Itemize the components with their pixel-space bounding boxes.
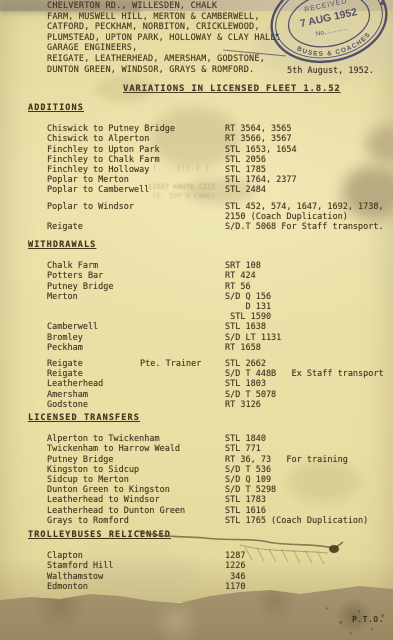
garage-label: Godstone bbox=[47, 400, 225, 410]
garage-label: Walthamstow bbox=[47, 572, 225, 582]
garage-label: Grays to Romford bbox=[47, 516, 225, 526]
garage-label: Reigate bbox=[47, 222, 225, 232]
section: LICENSED TRANSFERSAlperton to Twickenham… bbox=[28, 413, 389, 532]
row-note: Pte. Trainer bbox=[140, 359, 225, 369]
fleet-row: GodstoneRT 3126 bbox=[28, 400, 389, 410]
fleet-numbers: STL 452, 574, 1647, 1692, 1738,2150 (Coa… bbox=[225, 202, 384, 222]
garage-label: Sidcup to Merton bbox=[47, 475, 225, 485]
fleet-number-line: STL 2056 bbox=[225, 155, 266, 165]
fleet-row: Sidcup to MertonS/D Q 109 bbox=[28, 475, 389, 485]
fleet-number-line: STL 1764, 2377 bbox=[225, 175, 297, 185]
fleet-number-line: STL 1840 bbox=[225, 434, 266, 444]
fleet-number-line: RT 424 bbox=[225, 271, 256, 281]
garage-label: Stamford Hill bbox=[47, 561, 225, 571]
fleet-row: BromleyS/D LT 1131 bbox=[28, 333, 389, 343]
fleet-number-line: STL 1783 bbox=[225, 495, 266, 505]
fleet-number-line: S/D T 536 bbox=[225, 465, 271, 475]
fleet-numbers: S/D T 448B Ex Staff transport bbox=[225, 369, 384, 379]
fleet-numbers: RT 3566, 3567 bbox=[225, 134, 292, 144]
fleet-row: Walthamstow 346 bbox=[28, 572, 389, 582]
fleet-numbers: RT 3564, 3565 bbox=[225, 124, 292, 134]
stamp-ring-text: BUSES & COACHES bbox=[294, 30, 375, 64]
fleet-numbers: S/D.T 5068 For Staff transport. bbox=[225, 222, 384, 232]
fleet-numbers: 1287 bbox=[225, 551, 245, 561]
fleet-row: Putney BridgeRT 36, 73 For training bbox=[28, 455, 389, 465]
garage-label: Peckham bbox=[47, 343, 225, 353]
fleet-numbers: STL 2056 bbox=[225, 155, 266, 165]
fleet-number-line: 346 bbox=[225, 572, 245, 582]
fleet-row: Kingston to SidcupS/D T 536 bbox=[28, 465, 389, 475]
fleet-number-line: S/D T 448B Ex Staff transport bbox=[225, 369, 384, 379]
garage-label: Twickenham to Harrow Weald bbox=[47, 444, 225, 454]
row-group: Poplar to WindsorSTL 452, 574, 1647, 169… bbox=[28, 202, 389, 233]
section-heading: TROLLEYBUSES RELICENSED bbox=[28, 530, 389, 540]
fleet-numbers: STL 2662 bbox=[225, 359, 266, 369]
fleet-row: LeatherheadSTL 1803 bbox=[28, 379, 389, 389]
fleet-row: ReigateS/D T 448B Ex Staff transport bbox=[28, 369, 389, 379]
fleet-number-line: STL 1785 bbox=[225, 165, 266, 175]
fleet-numbers: S/D Q 156 D 131 STL 1590 bbox=[225, 292, 271, 323]
fleet-number-line: S/D Q 109 bbox=[225, 475, 271, 485]
fleet-row: Leatherhead to Dunton GreenSTL 1616 bbox=[28, 506, 389, 516]
fleet-number-line: 1226 bbox=[225, 561, 245, 571]
fleet-numbers: RT 36, 73 For training bbox=[225, 455, 348, 465]
fleet-number-line: S/D T 5298 bbox=[225, 485, 276, 495]
fleet-numbers: RT 1658 bbox=[225, 343, 261, 353]
fleet-number-line: STL 2662 bbox=[225, 359, 266, 369]
fleet-row: Finchley to Chalk FarmSTL 2056 bbox=[28, 155, 389, 165]
fleet-number-line: D 131 bbox=[225, 302, 271, 312]
garage-label: Finchley to Chalk Farm bbox=[47, 155, 225, 165]
garage-label: Putney Bridge bbox=[47, 455, 225, 465]
garage-label: Finchley to Holloway bbox=[47, 165, 225, 175]
fleet-number-line: STL 1803 bbox=[225, 379, 266, 389]
pto-note: P.T.O. bbox=[352, 615, 384, 624]
garage-label: Finchley to Upton Park bbox=[47, 145, 225, 155]
fleet-numbers: STL 1840 bbox=[225, 434, 266, 444]
garage-label: Leatherhead bbox=[47, 379, 225, 389]
garage-label: Camberwell bbox=[47, 322, 225, 332]
garage-label: Reigate bbox=[47, 369, 225, 379]
stamp-star-left-icon: ★ bbox=[273, 31, 281, 40]
scanned-memo-page: CHELVERTON RD., WILLESDEN, CHALKFARM, MU… bbox=[0, 0, 393, 640]
garage-label: Poplar to Windsor bbox=[47, 202, 225, 222]
fleet-numbers: 1226 bbox=[225, 561, 245, 571]
fleet-numbers: S/D T 5078 bbox=[225, 390, 276, 400]
fleet-row: Stamford Hill1226 bbox=[28, 561, 389, 571]
fleet-row: Finchley to Upton ParkSTL 1653, 1654 bbox=[28, 145, 389, 155]
fleet-row: Edmonton1170 bbox=[28, 582, 389, 592]
fleet-number-line: S/D.T 5068 For Staff transport. bbox=[225, 222, 384, 232]
fleet-numbers: STL 1785 bbox=[225, 165, 266, 175]
fleet-numbers: RT 56 bbox=[225, 282, 251, 292]
garage-label: Clapton bbox=[47, 551, 225, 561]
section-heading: ADDITIONS bbox=[28, 103, 389, 113]
garage-label: Chiswick to Alperton bbox=[47, 134, 225, 144]
fleet-numbers: STL 771 bbox=[225, 444, 261, 454]
fleet-number-line: STL 2484 bbox=[225, 185, 266, 195]
fleet-number-line: SRT 108 bbox=[225, 261, 261, 271]
garage-label: Poplar to Camberwell bbox=[47, 185, 225, 195]
received-stamp: RECEIVED 7 AUG 1952 No............. BUSE… bbox=[263, 0, 393, 78]
fleet-numbers: SRT 108 bbox=[225, 261, 261, 271]
fleet-row: Chiswick to Putney BridgeRT 3564, 3565 bbox=[28, 124, 389, 134]
fleet-row: Potters BarRT 424 bbox=[28, 271, 389, 281]
fleet-number-line: S/D Q 156 bbox=[225, 292, 271, 302]
garage-label: Alperton to Twickenham bbox=[47, 434, 225, 444]
fleet-number-line: RT 36, 73 For training bbox=[225, 455, 348, 465]
fleet-row: Chiswick to AlpertonRT 3566, 3567 bbox=[28, 134, 389, 144]
fleet-row: Finchley to HollowaySTL 1785 bbox=[28, 165, 389, 175]
fleet-number-line: S/D LT 1131 bbox=[225, 333, 281, 343]
garage-label: Leatherhead to Dunton Green bbox=[47, 506, 225, 516]
fleet-number-line: STL 452, 574, 1647, 1692, 1738, bbox=[225, 202, 384, 212]
fleet-row: CamberwellSTL 1638 bbox=[28, 322, 389, 332]
garage-label: Kingston to Sidcup bbox=[47, 465, 225, 475]
fleet-numbers: RT 3126 bbox=[225, 400, 261, 410]
fleet-numbers: STL 1803 bbox=[225, 379, 266, 389]
fleet-numbers: S/D T 536 bbox=[225, 465, 271, 475]
fleet-row: Putney BridgeRT 56 bbox=[28, 282, 389, 292]
row-group: Clapton1287Stamford Hill1226Walthamstow … bbox=[28, 551, 389, 592]
fleet-row: Poplar to WindsorSTL 452, 574, 1647, 169… bbox=[28, 202, 389, 222]
garage-label: Chalk Farm bbox=[47, 261, 225, 271]
fleet-number-line: RT 56 bbox=[225, 282, 251, 292]
fleet-row: AmershamS/D T 5078 bbox=[28, 390, 389, 400]
garage-label: Putney Bridge bbox=[47, 282, 225, 292]
fleet-row: Poplar to MertonSTL 1764, 2377 bbox=[28, 175, 389, 185]
fleet-numbers: 1170 bbox=[225, 582, 245, 592]
garage-label: Poplar to Merton bbox=[47, 175, 225, 185]
fleet-row: Grays to RomfordSTL 1765 (Coach Duplicat… bbox=[28, 516, 389, 526]
row-group: ReigatePte. TrainerSTL 2662ReigateS/D T … bbox=[28, 359, 389, 410]
section: WITHDRAWALSChalk FarmSRT 108Potters BarR… bbox=[28, 240, 389, 416]
fleet-numbers: STL 1764, 2377 bbox=[225, 175, 297, 185]
fleet-number-line: STL 1765 (Coach Duplication) bbox=[225, 516, 368, 526]
fleet-number-line: STL 1616 bbox=[225, 506, 266, 516]
sections: ADDITIONSChiswick to Putney BridgeRT 356… bbox=[28, 0, 389, 640]
garage-label: Edmonton bbox=[47, 582, 225, 592]
fleet-numbers: STL 1638 bbox=[225, 322, 266, 332]
fleet-row: MertonS/D Q 156 D 131 STL 1590 bbox=[28, 292, 389, 323]
fleet-row: ReigatePte. TrainerSTL 2662 bbox=[28, 359, 389, 369]
garage-label: Leatherhead to Windsor bbox=[47, 495, 225, 505]
fleet-number-line: STL 771 bbox=[225, 444, 261, 454]
fleet-number-line: RT 3126 bbox=[225, 400, 261, 410]
section: ADDITIONSChiswick to Putney BridgeRT 356… bbox=[28, 103, 389, 238]
garage-label: Bromley bbox=[47, 333, 225, 343]
garage-label: Reigate bbox=[47, 359, 140, 369]
fleet-number-line: S/D T 5078 bbox=[225, 390, 276, 400]
fleet-row: Alperton to TwickenhamSTL 1840 bbox=[28, 434, 389, 444]
fleet-row: PeckhamRT 1658 bbox=[28, 343, 389, 353]
garage-label: Dunton Green to Kingston bbox=[47, 485, 225, 495]
row-group: Chalk FarmSRT 108Potters BarRT 424Putney… bbox=[28, 261, 389, 353]
fleet-number-line: 2150 (Coach Duplication) bbox=[225, 212, 384, 222]
fleet-number-line: 1287 bbox=[225, 551, 245, 561]
stamp-number-line: No............. bbox=[315, 24, 348, 37]
section: TROLLEYBUSES RELICENSEDClapton1287Stamfo… bbox=[28, 530, 389, 598]
fleet-numbers: STL 1783 bbox=[225, 495, 266, 505]
garage-label: Potters Bar bbox=[47, 271, 225, 281]
fleet-row: Twickenham to Harrow WealdSTL 771 bbox=[28, 444, 389, 454]
row-group: Alperton to TwickenhamSTL 1840Twickenham… bbox=[28, 434, 389, 526]
section-heading: WITHDRAWALS bbox=[28, 240, 389, 250]
garage-label: Chiswick to Putney Bridge bbox=[47, 124, 225, 134]
fleet-row: ReigateS/D.T 5068 For Staff transport. bbox=[28, 222, 389, 232]
garage-label: Amersham bbox=[47, 390, 225, 400]
fleet-numbers: S/D T 5298 bbox=[225, 485, 276, 495]
fleet-numbers: S/D Q 109 bbox=[225, 475, 271, 485]
fleet-numbers: STL 1765 (Coach Duplication) bbox=[225, 516, 368, 526]
fleet-number-line: 1170 bbox=[225, 582, 245, 592]
fleet-row: Chalk FarmSRT 108 bbox=[28, 261, 389, 271]
fleet-number-line: RT 1658 bbox=[225, 343, 261, 353]
garage-label: Merton bbox=[47, 292, 225, 323]
fleet-row: Leatherhead to WindsorSTL 1783 bbox=[28, 495, 389, 505]
fleet-numbers: 346 bbox=[225, 572, 245, 582]
fleet-numbers: S/D LT 1131 bbox=[225, 333, 281, 343]
fleet-number-line: RT 3566, 3567 bbox=[225, 134, 292, 144]
fleet-number-line: RT 3564, 3565 bbox=[225, 124, 292, 134]
fleet-row: Dunton Green to KingstonS/D T 5298 bbox=[28, 485, 389, 495]
row-group: Chiswick to Putney BridgeRT 3564, 3565Ch… bbox=[28, 124, 389, 195]
section-heading: LICENSED TRANSFERS bbox=[28, 413, 389, 423]
fleet-row: Clapton1287 bbox=[28, 551, 389, 561]
fleet-number-line: STL 1638 bbox=[225, 322, 266, 332]
fleet-numbers: STL 1653, 1654 bbox=[225, 145, 297, 155]
fleet-row: Poplar to CamberwellSTL 2484 bbox=[28, 185, 389, 195]
fleet-number-line: STL 1590 bbox=[225, 312, 271, 322]
fleet-numbers: STL 2484 bbox=[225, 185, 266, 195]
fleet-number-line: STL 1653, 1654 bbox=[225, 145, 297, 155]
fleet-numbers: RT 424 bbox=[225, 271, 256, 281]
fleet-numbers: STL 1616 bbox=[225, 506, 266, 516]
